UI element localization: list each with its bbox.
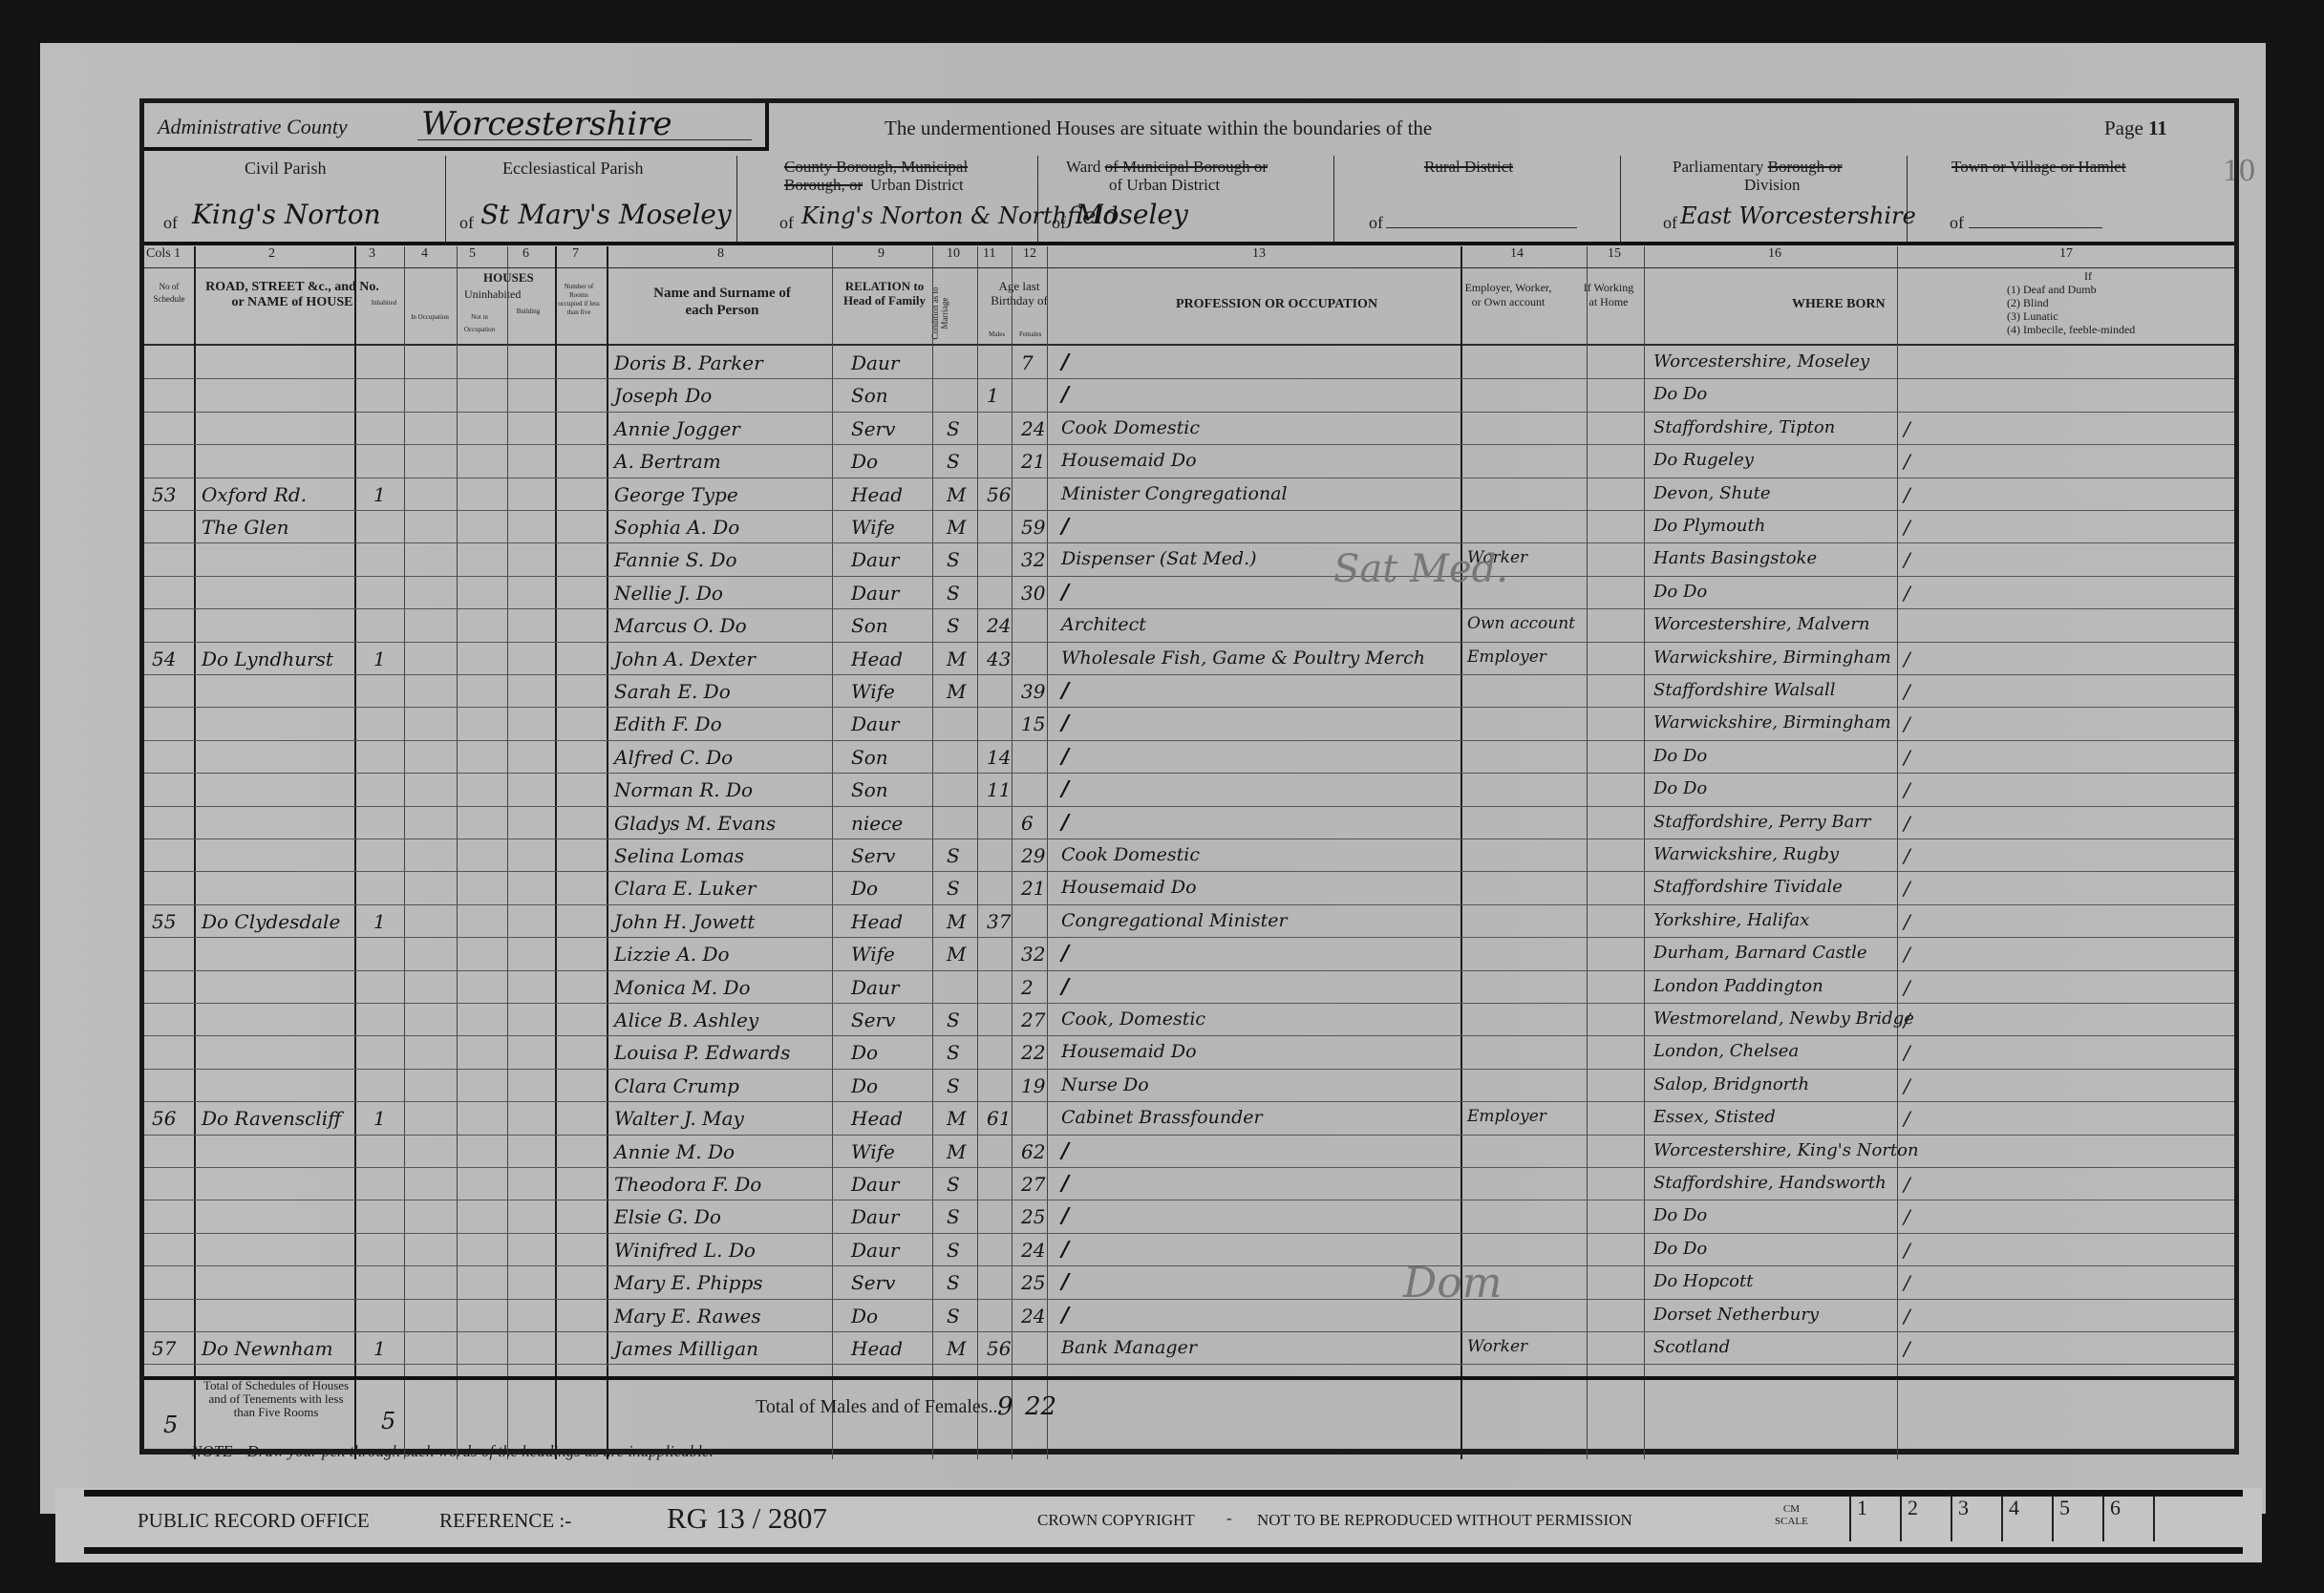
- inhabited-cell: 1: [373, 910, 386, 933]
- relation-cell: Son: [851, 746, 888, 769]
- relation-cell: Wife: [851, 680, 895, 703]
- inhabited-cell: 1: [373, 483, 386, 506]
- where-born-cell: Staffordshire, Tipton: [1653, 417, 1835, 437]
- infirmity-cell: /: [1904, 516, 1910, 539]
- occupation-cell: Housemaid Do: [1061, 1041, 1197, 1062]
- column-number: 11: [983, 246, 995, 262]
- tick-mark: ∕: [1061, 580, 1069, 605]
- column-number: 13: [1252, 246, 1266, 262]
- table-row: Monica M. DoDaur2London Paddington/∕: [144, 972, 2234, 1005]
- name-cell: Sophia A. Do: [614, 516, 739, 539]
- footer-copyright: CROWN COPYRIGHT: [1037, 1511, 1195, 1530]
- column-number: 5: [469, 246, 476, 262]
- scale-mark: 3: [1951, 1496, 2000, 1541]
- name-cell: Nellie J. Do: [614, 582, 723, 605]
- relation-cell: Son: [851, 778, 888, 801]
- where-born-cell: Durham, Barnard Castle: [1653, 943, 1867, 963]
- col7-header: Number of Rooms occupied if less than fi…: [557, 283, 601, 317]
- employment-cell: Own account: [1467, 614, 1575, 633]
- of-prefix: of: [779, 213, 794, 233]
- occupation-cell: Cook Domestic: [1061, 417, 1200, 438]
- name-cell: Annie Jogger: [614, 417, 740, 440]
- occupation-cell: Cook, Domestic: [1061, 1009, 1205, 1030]
- scale-mark: 2: [1900, 1496, 1950, 1541]
- name-cell: Sarah E. Do: [614, 680, 731, 703]
- relation-cell: Daur: [851, 582, 899, 605]
- where-born-cell: Hants Basingstoke: [1653, 548, 1817, 568]
- address-cell: Do Clydesdale: [202, 910, 340, 933]
- schedule-cell: 56: [152, 1107, 176, 1130]
- name-cell: Annie M. Do: [614, 1140, 735, 1163]
- parliamentary-label-text: Parliamentary: [1673, 158, 1763, 176]
- relation-cell: Do: [851, 450, 878, 473]
- name-cell: A. Bertram: [614, 450, 721, 473]
- where-born-cell: Staffordshire Walsall: [1653, 680, 1836, 700]
- table-row: 57Do Newnham1James MilliganHeadM56Bank M…: [144, 1333, 2234, 1366]
- condition-cell: M: [947, 483, 966, 506]
- name-cell: Alice B. Ashley: [614, 1009, 758, 1031]
- relation-cell: Head: [851, 910, 903, 933]
- parliamentary-label-rest: Division: [1744, 176, 1801, 195]
- infirmity-cell: /: [1904, 1271, 1910, 1294]
- condition-cell: S: [947, 582, 960, 605]
- tick-mark: ∕: [1061, 350, 1069, 374]
- table-row: Sarah E. DoWifeM39Staffordshire Walsall/…: [144, 676, 2234, 709]
- condition-cell: M: [947, 1140, 966, 1163]
- infirmity-cell: /: [1904, 417, 1910, 440]
- infirmity-cell: /: [1904, 680, 1910, 703]
- urban-district-value: King's Norton & Northfield: [801, 202, 1118, 229]
- name-cell: John A. Dexter: [614, 648, 756, 670]
- female-age-cell: 32: [1021, 943, 1045, 966]
- footnote: NOTE—Draw your pen through such words of…: [191, 1442, 714, 1461]
- tick-mark: ∕: [1061, 1269, 1069, 1294]
- rural-district-label: Rural District: [1424, 158, 1513, 177]
- infirmity-cell: /: [1904, 483, 1910, 506]
- relation-cell: Head: [851, 483, 903, 506]
- table-row: Mary E. PhippsServS25Do Hopcott/∕: [144, 1267, 2234, 1300]
- name-cell: Mary E. Phipps: [614, 1271, 763, 1294]
- scale-mark: 1: [1849, 1496, 1899, 1541]
- column-number: 14: [1510, 246, 1524, 262]
- occupation-cell: Housemaid Do: [1061, 450, 1197, 471]
- male-age-cell: 56: [987, 1337, 1011, 1360]
- column-number: 8: [717, 246, 724, 262]
- male-age-cell: 43: [987, 648, 1011, 670]
- col4-header: In Occupation: [407, 311, 453, 324]
- col17-line-1: (1) Deaf and Dumb: [2007, 283, 2169, 296]
- where-born-cell: Warwickshire, Birmingham: [1653, 648, 1891, 668]
- tick-mark: ∕: [1061, 382, 1069, 407]
- pencil-annotation: Sat Med.: [1333, 547, 1508, 591]
- female-age-cell: 7: [1021, 351, 1034, 374]
- infirmity-cell: /: [1904, 976, 1910, 999]
- infirmity-cell: /: [1904, 712, 1910, 735]
- female-age-cell: 25: [1021, 1271, 1045, 1294]
- census-form: Administrative County Worcestershire The…: [139, 98, 2239, 1455]
- occupation-cell: Minister Congregational: [1061, 483, 1288, 504]
- female-age-cell: 62: [1021, 1140, 1045, 1163]
- ward-label-text: Ward: [1066, 158, 1100, 176]
- table-row: Gladys M. Evansniece6Staffordshire, Perr…: [144, 808, 2234, 840]
- where-born-cell: Worcestershire, King's Norton: [1653, 1140, 1919, 1160]
- column-number: 9: [878, 246, 885, 262]
- table-row: The GlenSophia A. DoWifeM59Do Plymouth/∕: [144, 512, 2234, 544]
- relation-cell: Daur: [851, 548, 899, 571]
- where-born-cell: Essex, Stisted: [1653, 1107, 1776, 1127]
- col15-header: If Working at Home: [1582, 281, 1635, 309]
- name-cell: Joseph Do: [614, 384, 712, 407]
- table-row: Elsie G. DoDaurS25Do Do/∕: [144, 1201, 2234, 1234]
- footer-reference-label: REFERENCE :-: [439, 1509, 571, 1533]
- relation-cell: Do: [851, 1041, 878, 1064]
- tick-mark: ∕: [1061, 1237, 1069, 1262]
- name-cell: Theodora F. Do: [614, 1173, 761, 1196]
- occupation-cell: Architect: [1061, 614, 1146, 635]
- scale-label: SCALE: [1775, 1516, 1808, 1528]
- table-row: Nellie J. DoDaurS30Do Do/∕: [144, 578, 2234, 610]
- col8-header: Name and Surname of each Person: [641, 285, 803, 319]
- condition-cell: M: [947, 648, 966, 670]
- parliamentary-label: Parliamentary Borough or: [1673, 158, 1843, 177]
- address-cell: Do Ravenscliff: [202, 1107, 341, 1130]
- pencil-annotation: Dom: [1403, 1259, 1503, 1307]
- footer-restriction: NOT TO BE REPRODUCED WITHOUT PERMISSION: [1257, 1511, 1632, 1530]
- where-born-cell: Worcestershire, Malvern: [1653, 614, 1869, 634]
- where-born-cell: Do Rugeley: [1653, 450, 1754, 470]
- table-row: Joseph DoSon1Do Do∕: [144, 380, 2234, 413]
- inhabited-cell: 1: [373, 1337, 386, 1360]
- table-row: Clara CrumpDoS19Nurse DoSalop, Bridgnort…: [144, 1071, 2234, 1103]
- name-cell: Gladys M. Evans: [614, 812, 776, 835]
- where-born-cell: Do Plymouth: [1653, 516, 1765, 536]
- condition-cell: S: [947, 1205, 960, 1228]
- tick-mark: ∕: [1061, 1203, 1069, 1228]
- infirmity-cell: /: [1904, 910, 1910, 933]
- name-cell: Winifred L. Do: [614, 1239, 756, 1262]
- inhabited-cell: 1: [373, 648, 386, 670]
- male-age-cell: 61: [987, 1107, 1011, 1130]
- table-row: 54Do Lyndhurst1John A. DexterHeadM43Whol…: [144, 644, 2234, 676]
- male-age-cell: 11: [987, 778, 1011, 801]
- relation-cell: Serv: [851, 417, 895, 440]
- table-row: Doris B. ParkerDaur7Worcestershire, Mose…: [144, 348, 2234, 380]
- schedule-cell: 57: [152, 1337, 176, 1360]
- condition-cell: S: [947, 614, 960, 637]
- female-age-cell: 24: [1021, 417, 1045, 440]
- relation-cell: Do: [851, 1305, 878, 1327]
- relation-cell: Head: [851, 1337, 903, 1360]
- col5-header: Not in Occupation: [457, 311, 502, 336]
- table-row: 53Oxford Rd.1George TypeHeadM56Minister …: [144, 479, 2234, 512]
- where-born-cell: Do Do: [1653, 778, 1707, 798]
- occupation-cell: Cabinet Brassfounder: [1061, 1107, 1263, 1128]
- col6-header: Building: [505, 306, 551, 318]
- table-row: Edith F. DoDaur15Warwickshire, Birmingha…: [144, 709, 2234, 741]
- infirmity-cell: /: [1904, 1009, 1910, 1031]
- town-label: Town or Village or Hamlet: [1951, 158, 2126, 177]
- col17-header: If (1) Deaf and Dumb (2) Blind (3) Lunat…: [2007, 269, 2169, 336]
- table-row: Selina LomasServS29Cook DomesticWarwicks…: [144, 840, 2234, 873]
- totals-males: 9: [997, 1392, 1013, 1421]
- of-prefix: of: [1663, 213, 1677, 233]
- where-born-cell: Dorset Netherbury: [1653, 1305, 1819, 1325]
- ward-label: Ward of Municipal Borough or: [1066, 158, 1268, 177]
- relation-cell: Serv: [851, 1009, 895, 1031]
- relation-cell: Do: [851, 1074, 878, 1097]
- male-age-cell: 1: [987, 384, 999, 407]
- employment-cell: Worker: [1467, 1337, 1527, 1356]
- relation-cell: Serv: [851, 1271, 895, 1294]
- condition-cell: S: [947, 1305, 960, 1327]
- civil-parish-label: Civil Parish: [245, 159, 327, 179]
- name-cell: Clara E. Luker: [614, 877, 756, 900]
- infirmity-cell: /: [1904, 1074, 1910, 1097]
- occupation-cell: Cook Domestic: [1061, 844, 1200, 865]
- female-age-cell: 32: [1021, 548, 1045, 571]
- column-number: 7: [572, 246, 579, 262]
- urban-district-label: Urban District: [870, 176, 964, 195]
- address-cell: Oxford Rd.: [202, 483, 307, 506]
- female-age-cell: 30: [1021, 582, 1045, 605]
- occupation-cell: Wholesale Fish, Game & Poultry Merch: [1061, 648, 1425, 669]
- column-number: 17: [2059, 246, 2073, 262]
- where-born-cell: Staffordshire Tividale: [1653, 877, 1843, 897]
- male-age-cell: 24: [987, 614, 1011, 637]
- ecclesiastical-parish-label: Ecclesiastical Parish: [502, 159, 643, 179]
- column-number: 10: [947, 246, 960, 262]
- table-row: Annie JoggerServS24Cook DomesticStafford…: [144, 414, 2234, 446]
- employment-cell: Employer: [1467, 648, 1546, 667]
- tick-mark: ∕: [1061, 678, 1069, 703]
- infirmity-cell: /: [1904, 1173, 1910, 1196]
- where-born-cell: Worcestershire, Moseley: [1653, 351, 1869, 372]
- column-number: 12: [1023, 246, 1036, 262]
- tick-mark: ∕: [1061, 776, 1069, 801]
- male-age-cell: 14: [987, 746, 1011, 769]
- relation-cell: Do: [851, 877, 878, 900]
- where-born-cell: Warwickshire, Birmingham: [1653, 712, 1891, 733]
- relation-cell: Daur: [851, 1205, 899, 1228]
- relation-cell: Serv: [851, 844, 895, 867]
- ward-value: Moseley: [1076, 199, 1188, 230]
- name-cell: Edith F. Do: [614, 712, 722, 735]
- female-age-cell: 19: [1021, 1074, 1045, 1097]
- condition-cell: S: [947, 1074, 960, 1097]
- female-age-cell: 59: [1021, 516, 1045, 539]
- col10-header: Condition as to Marriage: [930, 275, 949, 351]
- occupation-cell: Dispenser (Sat Med.): [1061, 548, 1257, 569]
- table-row: Annie M. DoWifeM62Worcestershire, King's…: [144, 1136, 2234, 1169]
- civil-parish-value: King's Norton: [192, 199, 381, 230]
- scale-end: [2153, 1496, 2210, 1541]
- infirmity-cell: /: [1904, 450, 1910, 473]
- col17-line-4: (4) Imbecile, feeble-minded: [2007, 323, 2169, 336]
- column-number: 2: [268, 246, 275, 262]
- col13-header: PROFESSION OR OCCUPATION: [1176, 297, 1377, 312]
- relation-cell: Daur: [851, 976, 899, 999]
- totals-schedules-count: 5: [163, 1412, 178, 1438]
- col17-line-2: (2) Blind: [2007, 296, 2169, 309]
- infirmity-cell: /: [1904, 778, 1910, 801]
- table-row: Theodora F. DoDaurS27Staffordshire, Hand…: [144, 1169, 2234, 1201]
- address-cell: Do Newnham: [202, 1337, 333, 1360]
- condition-cell: S: [947, 450, 960, 473]
- relation-cell: Daur: [851, 1173, 899, 1196]
- col16-header: WHERE BORN: [1792, 297, 1886, 312]
- name-cell: Norman R. Do: [614, 778, 753, 801]
- female-age-cell: 21: [1021, 450, 1045, 473]
- female-age-cell: 15: [1021, 712, 1045, 735]
- condition-cell: S: [947, 417, 960, 440]
- occupation-cell: Housemaid Do: [1061, 877, 1197, 898]
- cm-scale-label: CM SCALE: [1775, 1503, 1808, 1528]
- female-age-cell: 39: [1021, 680, 1045, 703]
- page-number: 11: [2148, 117, 2167, 139]
- column-number: Cols 1: [146, 246, 181, 262]
- col11-12-header: Age last Birthday of: [985, 279, 1054, 308]
- tick-mark: ∕: [1061, 810, 1069, 835]
- table-row: Alice B. AshleyServS27Cook, DomesticWest…: [144, 1005, 2234, 1037]
- tick-mark: ∕: [1061, 974, 1069, 999]
- where-born-cell: London, Chelsea: [1653, 1041, 1799, 1061]
- tick-mark: ∕: [1061, 1303, 1069, 1327]
- where-born-cell: Do Do: [1653, 746, 1707, 766]
- scale-mark: 6: [2102, 1496, 2152, 1541]
- houses-header: HOUSES: [483, 270, 534, 286]
- name-cell: Louisa P. Edwards: [614, 1041, 790, 1064]
- condition-cell: S: [947, 844, 960, 867]
- infirmity-cell: /: [1904, 1305, 1910, 1327]
- totals-inhabited: 5: [381, 1408, 395, 1434]
- tick-mark: ∕: [1061, 941, 1069, 966]
- male-age-cell: 56: [987, 483, 1011, 506]
- column-number: 16: [1768, 246, 1781, 262]
- where-born-cell: Staffordshire, Handsworth: [1653, 1173, 1887, 1193]
- relation-cell: niece: [851, 812, 903, 835]
- of-prefix: of: [163, 213, 178, 233]
- schedule-cell: 55: [152, 910, 176, 933]
- where-born-cell: Scotland: [1653, 1337, 1730, 1357]
- name-cell: Marcus O. Do: [614, 614, 747, 637]
- col1-header: No of Schedule: [146, 281, 192, 306]
- name-cell: Lizzie A. Do: [614, 943, 730, 966]
- of-prefix: of: [1052, 213, 1066, 233]
- infirmity-cell: /: [1904, 943, 1910, 966]
- inhabited-cell: 1: [373, 1107, 386, 1130]
- relation-cell: Daur: [851, 712, 899, 735]
- infirmity-cell: /: [1904, 1107, 1910, 1130]
- relation-cell: Head: [851, 1107, 903, 1130]
- cm-label: CM: [1775, 1503, 1808, 1516]
- males-header: Males: [989, 330, 1005, 338]
- condition-cell: M: [947, 943, 966, 966]
- tick-mark: ∕: [1061, 711, 1069, 735]
- column-number: 15: [1608, 246, 1621, 262]
- female-age-cell: 27: [1021, 1173, 1045, 1196]
- archive-footer: PUBLIC RECORD OFFICE REFERENCE :- RG 13 …: [55, 1488, 2262, 1562]
- where-born-cell: Staffordshire, Perry Barr: [1653, 812, 1871, 832]
- where-born-cell: Warwickshire, Rugby: [1653, 844, 1839, 864]
- female-age-cell: 27: [1021, 1009, 1045, 1031]
- relation-cell: Head: [851, 648, 903, 670]
- female-age-cell: 24: [1021, 1239, 1045, 1262]
- parliamentary-value: East Worcestershire: [1680, 202, 1916, 229]
- col3-header: Inhabited: [366, 297, 402, 309]
- employment-cell: Employer: [1467, 1107, 1546, 1126]
- column-number: 4: [421, 246, 428, 262]
- footer-office: PUBLIC RECORD OFFICE: [138, 1509, 370, 1533]
- of-prefix: of: [459, 213, 474, 233]
- col17-if: If: [2007, 269, 2169, 283]
- condition-cell: S: [947, 1009, 960, 1031]
- where-born-cell: London Paddington: [1653, 976, 1823, 996]
- where-born-cell: Westmoreland, Newby Bridge: [1653, 1009, 1914, 1029]
- uninhabited-header: Uninhabited: [464, 287, 521, 302]
- address-cell: Do Lyndhurst: [202, 648, 333, 670]
- infirmity-cell: /: [1904, 844, 1910, 867]
- female-age-cell: 6: [1021, 812, 1034, 835]
- name-cell: Mary E. Rawes: [614, 1305, 761, 1327]
- footer-reference-value: RG 13 / 2807: [667, 1501, 827, 1536]
- name-cell: George Type: [614, 483, 738, 506]
- table-row: Mary E. RawesDoS24Dorset Netherbury/∕: [144, 1301, 2234, 1333]
- totals-females: 22: [1025, 1392, 1056, 1421]
- condition-cell: M: [947, 910, 966, 933]
- female-age-cell: 29: [1021, 844, 1045, 867]
- tick-mark: ∕: [1061, 514, 1069, 539]
- table-row: Winifred L. DoDaurS24Do Do/∕: [144, 1235, 2234, 1267]
- condition-cell: S: [947, 1173, 960, 1196]
- male-age-cell: 37: [987, 910, 1011, 933]
- infirmity-cell: /: [1904, 877, 1910, 900]
- page-label-text: Page: [2104, 117, 2143, 139]
- table-row: Fannie S. DoDaurS32Dispenser (Sat Med.)W…: [144, 544, 2234, 577]
- table-row: Norman R. DoSon11Do Do/∕: [144, 775, 2234, 807]
- footer-dash: -: [1226, 1509, 1232, 1528]
- parliamentary-struck: Borough or: [1768, 158, 1843, 176]
- name-cell: John H. Jowett: [614, 910, 755, 933]
- occupation-cell: Nurse Do: [1061, 1074, 1149, 1095]
- relation-cell: Wife: [851, 943, 895, 966]
- column-number: 6: [522, 246, 529, 262]
- ward-label-struck: of Municipal Borough or: [1105, 158, 1268, 176]
- name-cell: Alfred C. Do: [614, 746, 733, 769]
- where-born-cell: Do Do: [1653, 1239, 1707, 1259]
- schedule-cell: 54: [152, 648, 176, 670]
- address-cell: The Glen: [202, 516, 289, 539]
- relation-cell: Wife: [851, 516, 895, 539]
- col17-line-3: (3) Lunatic: [2007, 309, 2169, 323]
- female-age-cell: 22: [1021, 1041, 1045, 1064]
- females-header: Females: [1019, 330, 1041, 338]
- female-age-cell: 21: [1021, 877, 1045, 900]
- infirmity-cell: /: [1904, 648, 1910, 670]
- name-cell: Doris B. Parker: [614, 351, 763, 374]
- of-prefix: of: [1950, 213, 1964, 233]
- infirmity-cell: /: [1904, 746, 1910, 769]
- table-row: Louisa P. EdwardsDoS22Housemaid DoLondon…: [144, 1037, 2234, 1070]
- name-cell: Fannie S. Do: [614, 548, 737, 571]
- col9-header: RELATION to Head of Family: [837, 279, 932, 308]
- condition-cell: M: [947, 516, 966, 539]
- female-age-cell: 25: [1021, 1205, 1045, 1228]
- table-row: Lizzie A. DoWifeM32Durham, Barnard Castl…: [144, 939, 2234, 971]
- female-age-cell: 24: [1021, 1305, 1045, 1327]
- table-row: A. BertramDoS21Housemaid DoDo Rugeley/: [144, 446, 2234, 478]
- where-born-cell: Do Do: [1653, 582, 1707, 602]
- tick-mark: ∕: [1061, 744, 1069, 769]
